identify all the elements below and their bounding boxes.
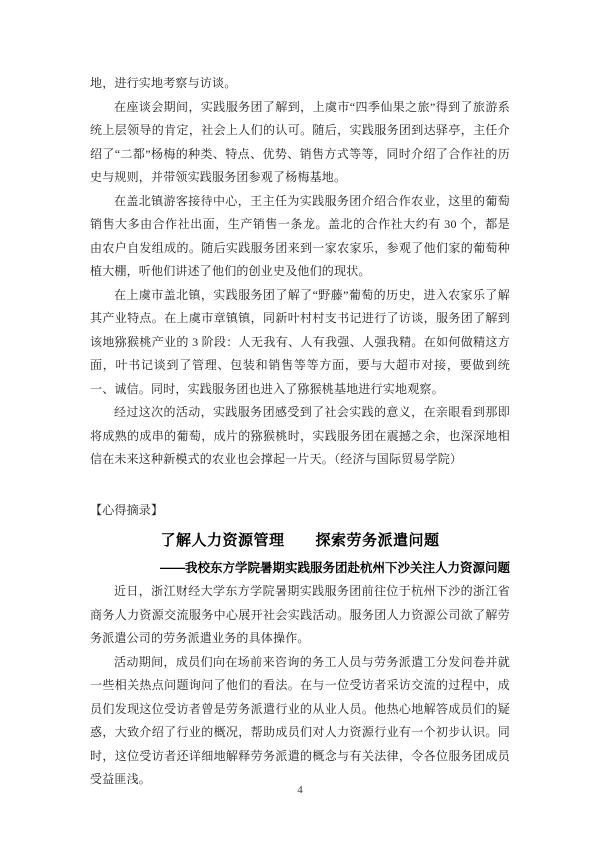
paragraph: 经过这次的活动，实践服务团感受到了社会实践的意义，在亲眼看到那即将成熟的成串的葡… xyxy=(90,401,510,472)
article-paragraph: 近日，浙江财经大学东方学院暑期实践服务团前往位于杭州下沙的浙江省商务人力资源交流… xyxy=(90,580,510,651)
paragraph: 在上虞市盖北镇，实践服务团了解了“野藤”葡萄的历史，进入农家乐了解其产业特点。在… xyxy=(90,284,510,402)
paragraph: 在盖北镇游客接待中心，王主任为实践服务团介绍合作农业，这里的葡萄销售大多由合作社… xyxy=(90,190,510,284)
section-marker: 【心得摘录】 xyxy=(90,499,510,523)
article-paragraph: 活动期间，成员们向在场前来咨询的务工人员与劳务派遣工分发问卷并就一些相关热点问题… xyxy=(90,651,510,792)
article-subtitle: ——我校东方学院暑期实践服务团赴杭州下沙关注人力资源问题 xyxy=(90,556,510,580)
paragraph: 地，进行实地考察与访谈。 xyxy=(90,72,510,96)
body-text-region: 地，进行实地考察与访谈。 在座谈会期间，实践服务团了解到，上虞市“四季仙果之旅”… xyxy=(90,72,510,792)
page-number: 4 xyxy=(0,784,600,796)
paragraph: 在座谈会期间，实践服务团了解到，上虞市“四季仙果之旅”得到了旅游系统上层领导的肯… xyxy=(90,96,510,190)
document-page: 地，进行实地考察与访谈。 在座谈会期间，实践服务团了解到，上虞市“四季仙果之旅”… xyxy=(0,0,600,849)
article-title: 了解人力资源管理 探索劳务派遣问题 xyxy=(90,528,510,554)
